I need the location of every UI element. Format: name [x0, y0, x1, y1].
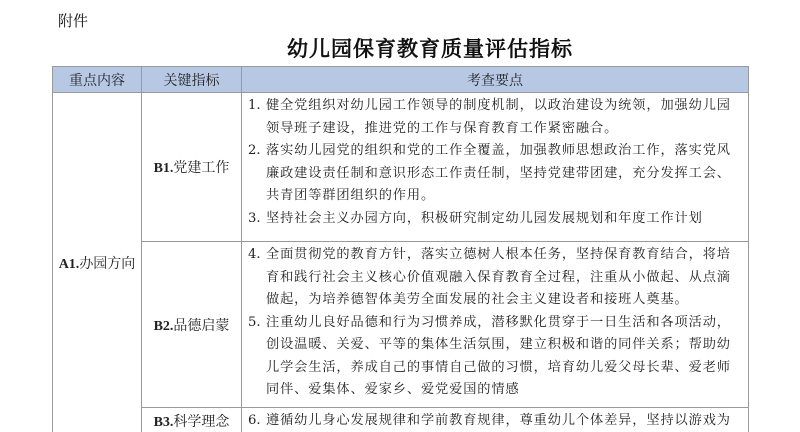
page-title: 幼儿园保育教育质量评估指标 [0, 33, 800, 63]
item-text: 全面贯彻党的教育方针，落实立德树人根本任务，坚持保育教育结合，将培育和践行社会主… [266, 244, 742, 312]
evaluation-table: 重点内容 关键指标 考查要点 A1.办园方向 B1.党建工作 1.健全党组织对幼… [52, 66, 749, 432]
table-row: B3.科学理念 6.遵循幼儿身心发展规律和学前教育规律，尊重幼儿个体差异，坚持以… [53, 408, 749, 432]
focus-cell-a1: A1.办园方向 [53, 93, 142, 432]
indicator-cell-b3: B3.科学理念 [142, 408, 242, 432]
table-row: B2.品德启蒙 4.全面贯彻党的教育方针，落实立德树人根本任务，坚持保育教育结合… [53, 242, 749, 408]
attachment-label: 附件 [58, 10, 88, 31]
focus-code: A1. [59, 257, 80, 272]
item-text: 遵循幼儿身心发展规律和学前教育规律，尊重幼儿个体差异，坚持以游戏为 [266, 410, 742, 432]
indicator-cell-b2: B2.品德启蒙 [142, 242, 242, 408]
list-item: 2.落实幼儿园党的组织和党的工作全覆盖，加强教师思想政治工作，落实党风廉政建设责… [248, 140, 742, 208]
item-text: 落实幼儿园党的组织和党的工作全覆盖，加强教师思想政治工作，落实党风廉政建设责任制… [266, 140, 742, 208]
header-points: 考查要点 [242, 67, 749, 93]
item-number: 6. [248, 410, 266, 432]
item-text: 健全党组织对幼儿园工作领导的制度机制，以政治建设为统领，加强幼儿园领导班子建设，… [266, 95, 742, 140]
indicator-label: 科学理念 [173, 414, 229, 430]
indicator-code: B1. [154, 161, 174, 176]
indicator-code: B2. [154, 319, 174, 334]
indicator-label: 品德启蒙 [173, 318, 229, 334]
indicator-code: B3. [154, 415, 174, 430]
points-cell-b3: 6.遵循幼儿身心发展规律和学前教育规律，尊重幼儿个体差异，坚持以游戏为 [242, 408, 749, 432]
item-number: 4. [248, 244, 266, 312]
item-number: 1. [248, 95, 266, 140]
item-number: 3. [248, 208, 266, 231]
header-indicator: 关键指标 [142, 67, 242, 93]
header-focus: 重点内容 [53, 67, 142, 93]
item-text: 坚持社会主义办园方向，积极研究制定幼儿园发展规划和年度工作计划 [266, 208, 742, 231]
points-cell-b2: 4.全面贯彻党的教育方针，落实立德树人根本任务，坚持保育教育结合，将培育和践行社… [242, 242, 749, 408]
table-header-row: 重点内容 关键指标 考查要点 [53, 67, 749, 93]
item-number: 5. [248, 312, 266, 402]
focus-label: 办园方向 [79, 256, 135, 272]
table-row: A1.办园方向 B1.党建工作 1.健全党组织对幼儿园工作领导的制度机制，以政治… [53, 93, 749, 242]
list-item: 1.健全党组织对幼儿园工作领导的制度机制，以政治建设为统领，加强幼儿园领导班子建… [248, 95, 742, 140]
item-number: 2. [248, 140, 266, 208]
indicator-cell-b1: B1.党建工作 [142, 93, 242, 242]
list-item: 6.遵循幼儿身心发展规律和学前教育规律，尊重幼儿个体差异，坚持以游戏为 [248, 410, 742, 432]
list-item: 5.注重幼儿良好品德和行为习惯养成，潜移默化贯穿于一日生活和各项活动，创设温暖、… [248, 312, 742, 402]
list-item: 3.坚持社会主义办园方向，积极研究制定幼儿园发展规划和年度工作计划 [248, 208, 742, 231]
indicator-label: 党建工作 [173, 160, 229, 176]
points-cell-b1: 1.健全党组织对幼儿园工作领导的制度机制，以政治建设为统领，加强幼儿园领导班子建… [242, 93, 749, 242]
list-item: 4.全面贯彻党的教育方针，落实立德树人根本任务，坚持保育教育结合，将培育和践行社… [248, 244, 742, 312]
item-text: 注重幼儿良好品德和行为习惯养成，潜移默化贯穿于一日生活和各项活动，创设温暖、关爱… [266, 312, 742, 402]
